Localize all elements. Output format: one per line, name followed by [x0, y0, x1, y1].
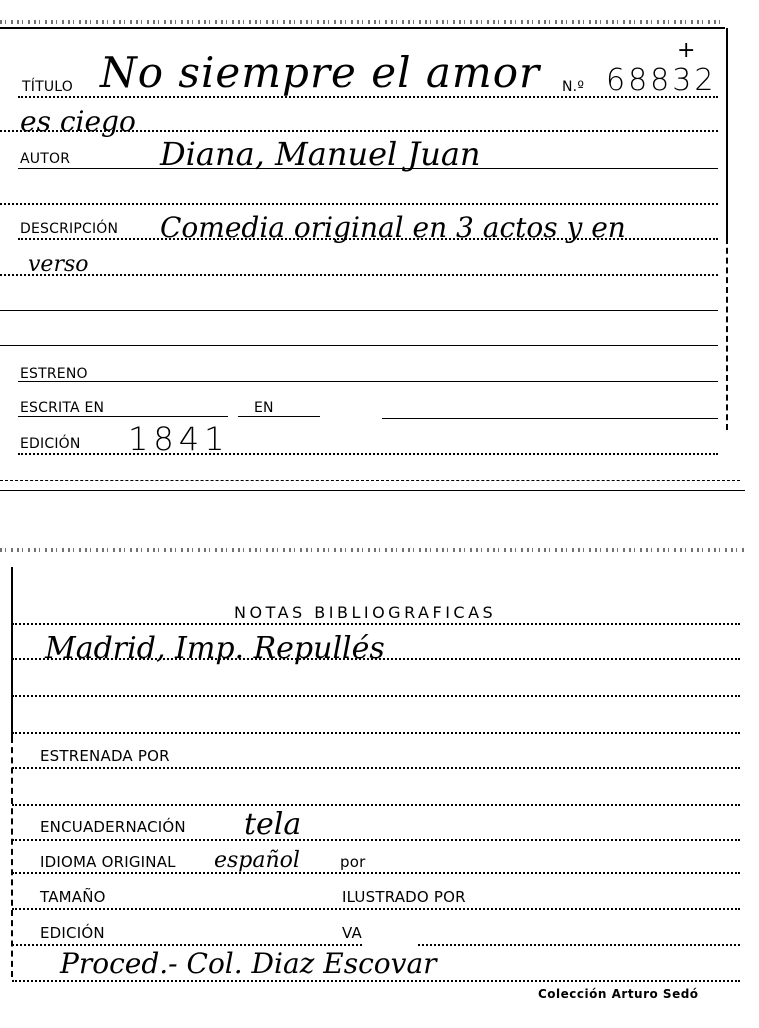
scan-noise-back	[0, 548, 745, 552]
edicion-back-label: EDICIÓN	[40, 926, 105, 941]
collection-footer: Colección Arturo Sedó	[538, 987, 699, 1001]
blank-line-2	[0, 345, 718, 346]
plus-mark: +	[677, 38, 695, 63]
notas-line-2	[12, 658, 740, 660]
edicion-back-line	[12, 944, 362, 946]
escrita-right-line	[382, 418, 718, 419]
notas-line-1	[12, 623, 740, 625]
card-bottom-dashed	[0, 480, 740, 481]
notas-line-3	[12, 695, 740, 697]
titulo-label: TÍTULO	[22, 80, 73, 94]
idioma-line	[12, 872, 740, 874]
autor-value: Diana, Manuel Juan	[160, 138, 481, 170]
idioma-label: IDIOMA ORIGINAL	[40, 855, 176, 870]
card-back-left-edge	[11, 567, 13, 737]
tamano-label: TAMAÑO	[40, 890, 106, 905]
descripcion-line	[18, 238, 718, 240]
card-right-edge-dashed	[726, 238, 728, 430]
titulo-line-2	[0, 130, 718, 132]
descripcion-value-cont: verso	[28, 254, 89, 276]
numero-label: N.º	[562, 80, 584, 94]
encuadernacion-line	[12, 839, 740, 841]
descripcion-label: DESCRIPCIÓN	[20, 222, 118, 236]
idioma-value: español	[214, 850, 300, 872]
va-label: VA	[342, 926, 362, 941]
autor-line	[18, 168, 718, 169]
card-back-left-edge-dashed	[11, 737, 13, 977]
titulo-line	[18, 96, 718, 98]
autor-line-2	[0, 203, 718, 205]
tamano-line	[12, 908, 740, 910]
edicion-back-line-right	[418, 944, 740, 946]
por-label: por	[340, 855, 365, 870]
procedencia-line	[12, 980, 740, 982]
blank-line-1	[0, 310, 718, 311]
autor-label: AUTOR	[20, 152, 70, 166]
procedencia-value: Proced.- Col. Diaz Escovar	[60, 950, 437, 978]
estrenada-por-label: ESTRENADA POR	[40, 749, 170, 764]
encuadernacion-value: tela	[244, 810, 301, 840]
en-label: EN	[254, 401, 274, 415]
numero-value: 68832	[606, 66, 716, 96]
card-top-edge	[0, 27, 725, 29]
estrenada-line	[12, 767, 740, 769]
escrita-en-label: ESCRITA EN	[20, 401, 104, 415]
estreno-label: ESTRENO	[20, 367, 88, 381]
scan-noise-top	[0, 20, 725, 24]
card-right-edge	[726, 28, 728, 238]
notas-heading: NOTAS BIBLIOGRAFICAS	[234, 605, 496, 621]
en-line	[238, 416, 320, 417]
estreno-line	[18, 381, 718, 382]
encuadernacion-label: ENCUADERNACIÓN	[40, 820, 186, 835]
escrita-en-line	[18, 416, 228, 417]
notas-line-4	[12, 732, 740, 734]
blank-back-line	[12, 804, 740, 806]
titulo-value: No siempre el amor	[100, 52, 540, 94]
ilustrado-por-label: ILUSTRADO POR	[342, 890, 466, 905]
card-bottom-edge	[0, 490, 745, 491]
descripcion-line-2	[0, 274, 718, 276]
edicion-label: EDICIÓN	[20, 437, 81, 451]
edicion-line	[18, 453, 718, 455]
